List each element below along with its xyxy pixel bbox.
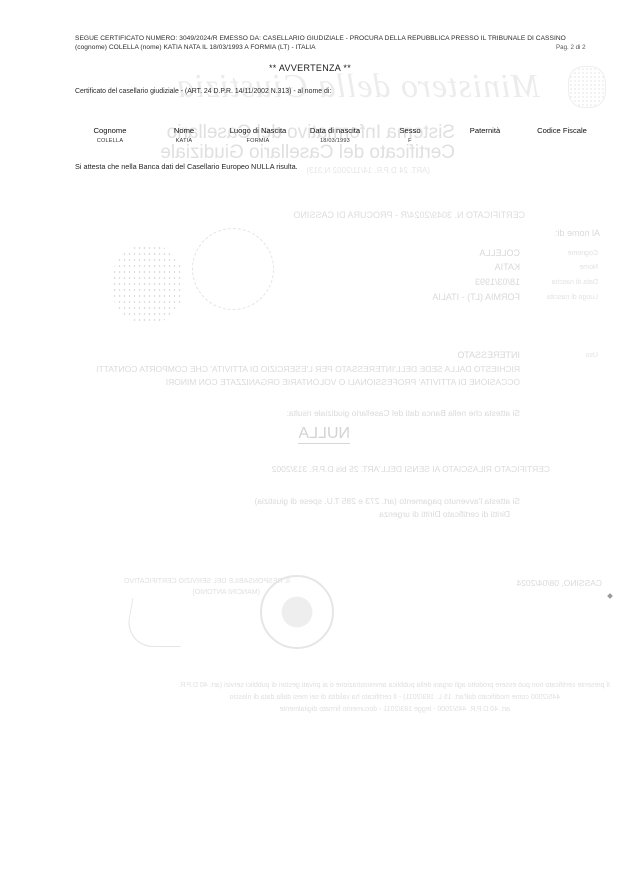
scan-speck	[607, 593, 613, 599]
column-header: Nome	[174, 126, 194, 135]
warning-title: ** AVVERTENZA **	[0, 63, 620, 73]
certificate-page: Ministero della Giustizia Sistema Inform…	[0, 0, 620, 877]
certificate-intro: Certificato del casellario giudiziale - …	[75, 88, 331, 95]
bleed-dpr: (ART. 24 D.P.R. 14/11/2002 N.313)	[306, 166, 430, 175]
cell-value: KATIA	[174, 138, 194, 144]
bleed-field-value: 18/03/1993	[475, 277, 520, 287]
bleed-date-place: CASSINO, 08/04/2024	[516, 578, 602, 588]
header-certificate-line: SEGUE CERTIFICATO NUMERO: 3049/2024/R EM…	[75, 35, 566, 42]
column-header: Codice Fiscale	[537, 126, 587, 135]
column-paternita: Paternità	[470, 126, 500, 138]
bleed-nulla: NULLA	[298, 425, 350, 444]
column-nome: Nome KATIA	[174, 126, 194, 144]
bleed-responsabile-name: (MANCINI ANTONIO)	[192, 589, 260, 596]
bleed-field-value: KATIA	[495, 262, 520, 272]
bleed-footer-3: art. 40 D.P.R. 445/2000 - legge 183/2011…	[280, 706, 511, 713]
bleed-stamp-ring	[192, 228, 274, 310]
bleed-pagamento: Si attesta l'avvenuto pagamento (art. 27…	[254, 496, 520, 506]
bleed-certificate-title: Certificato del Casellario Giudiziale	[160, 142, 455, 164]
bleed-diritti: Diritti di certificato Diritti di urgenz…	[379, 509, 510, 519]
cell-value: COLELLA	[94, 138, 127, 144]
bleed-responsabile: IL RESPONSABILE DEL SERVIZIO CERTIFICATI…	[124, 578, 290, 585]
bleed-uso-label: Uso	[586, 352, 598, 359]
bleed-footer-1: Il presente certificato non può essere p…	[178, 682, 610, 689]
column-header: Paternità	[470, 126, 500, 135]
bleed-official-seal	[260, 575, 334, 649]
column-luogo-nascita: Luogo di Nascita FORMIA	[230, 126, 287, 144]
bleed-footer-2: 445/2000 come modificato dall'art. 15 L.…	[230, 694, 560, 701]
column-header: Cognome	[94, 126, 127, 135]
cell-value: F	[399, 138, 420, 144]
cell-value: FORMIA	[230, 138, 287, 144]
bleed-note-line: CERTIFICATO RILASCIATO AI SENSI DELL'ART…	[272, 464, 550, 474]
column-codice-fiscale: Codice Fiscale	[537, 126, 587, 138]
column-cognome: Cognome COLELLA	[94, 126, 127, 144]
bleed-office: CERTIFICATO N. 3049/2024/R - PROCURA DI …	[293, 210, 525, 220]
bleed-ministry-heading: Ministero della Giustizia	[176, 68, 540, 106]
cell-value: 18/03/1993	[310, 138, 360, 144]
page-number: Pag. 2 di 2	[556, 44, 586, 51]
european-record-statement: Si attesta che nella Banca dati del Case…	[75, 162, 298, 171]
bleed-attesta: Si attesta che nella Banca dati del Case…	[287, 408, 520, 418]
bleed-field-label: Cognome	[568, 250, 598, 257]
header-person-line: (cognome) COLELLA (nome) KATIA NATA IL 1…	[75, 44, 316, 51]
bleed-signature	[124, 598, 190, 647]
column-header: Luogo di Nascita	[230, 126, 287, 135]
bleed-stamp-emblem	[112, 245, 184, 323]
bleed-field-value: COLELLA	[479, 248, 520, 258]
bleed-uso-line2: OCCASIONE DI ATTIVITA' PROFESSIONALI O V…	[166, 377, 520, 387]
column-sesso: Sesso F	[399, 126, 420, 144]
bleed-uso-line1: RICHIESTO DALLA SEDE DELL'INTERESSATO PE…	[96, 364, 520, 374]
column-header: Sesso	[399, 126, 420, 135]
column-data-nascita: Data di nascita 18/03/1993	[310, 126, 360, 144]
bleed-field-label: Nome	[579, 264, 598, 271]
bleed-interessato: INTERESSATO	[457, 350, 520, 360]
bleed-field-value: FORMIA (LT) - ITALIA	[432, 292, 520, 302]
bleed-al-nome-di: Al nome di:	[555, 228, 600, 238]
bleed-field-label: Data di nascita	[552, 279, 598, 286]
bleed-field-label: Luogo di nascita	[547, 294, 598, 301]
column-header: Data di nascita	[310, 126, 360, 135]
